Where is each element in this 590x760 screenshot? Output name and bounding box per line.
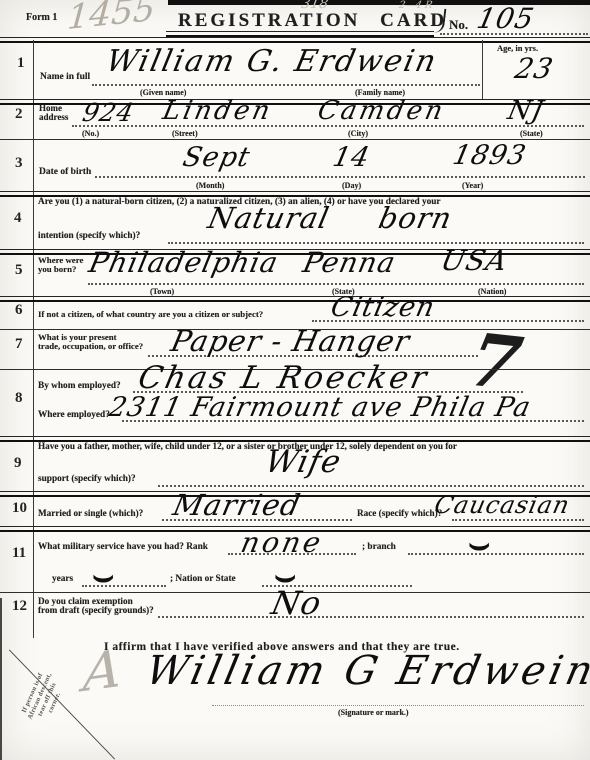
race-answer: Caucasian [432,491,573,519]
city-sublabel: (City) [348,129,368,138]
tear-corner-note: If person is of African descent, tear of… [12,653,75,743]
exemption-line [158,616,584,618]
dependent-question-line1: Have you a father, mother, wife, child u… [38,441,457,451]
row-number: 3 [15,155,23,172]
address-state: NJ [505,96,547,126]
not-citizen-answer: Citizen [328,292,438,323]
born-line [88,283,584,285]
not-citizen-label: If not a citizen, of what country are yo… [38,309,263,319]
branch-answer-flourish: ⌣ [468,524,490,564]
race-label: Race (specify which)? [357,508,442,518]
birth-line [95,176,585,178]
form-number-label: Form 1 [26,12,57,23]
exemption-label-2: from draft (specify grounds)? [38,605,154,615]
address-line [72,125,584,127]
military-nation-label: ; Nation or State [170,574,236,584]
citizen-question-line2: intention (specify which)? [38,231,140,241]
town-sublabel: (Town) [150,287,174,296]
nation-sublabel: (Nation) [478,287,506,296]
address-street: Linden [160,96,275,126]
citizen-answer: Natural born [205,201,455,235]
home-address-label-2: address [39,112,68,122]
row-number: 11 [12,545,26,562]
no-underline [440,33,588,35]
branch-line [408,553,584,555]
signature-line [212,705,584,706]
dependent-question-line2: support (specify which)? [38,474,136,484]
born-town: Philadelphia [86,246,282,279]
name-answer: William G. Erdwein [103,44,441,79]
workplace-label: Where employed? [38,410,110,420]
card-title: REGISTRATION CARD [178,10,447,32]
name-line [92,84,480,86]
day-sublabel: (Day) [342,181,361,190]
birth-day: 14 [330,142,373,173]
row-number: 6 [15,302,23,319]
military-rank-label: What military service have you had? Rank [38,542,208,552]
signature-pencil-mark: A [82,639,122,704]
name-label: Name in full [40,72,90,82]
military-years-label: years [52,574,73,584]
row-rule [0,296,590,302]
trade-label-2: trade, occupation, or office? [38,341,143,351]
row-number: 12 [12,598,27,615]
married-label: Married or single (which)? [38,508,143,518]
workplace-answer: 2311 Fairmount ave Phila Pa [106,392,534,423]
state-sublabel: (State) [520,129,543,138]
born-nation: USA [438,244,511,277]
signature-sublabel: (Signature or mark.) [338,708,409,717]
no-sublabel: (No.) [82,129,99,138]
row-number: 7 [15,336,23,353]
married-answer: Married [170,488,304,522]
address-no: 924 [80,98,137,127]
rank-answer: none [238,526,327,559]
pencil-serial-number: 1455 [66,0,156,38]
year-sublabel: (Year) [462,181,483,190]
born-label-2: you born? [38,264,76,274]
scan-edge-left [0,598,2,760]
employer-label: By whom employed? [38,381,121,391]
age-value: 23 [512,52,557,85]
age-column-line [482,40,483,99]
citizen-line [168,242,584,244]
exemption-answer: No [268,584,325,622]
years-answer-flourish: ⌣ [92,556,114,596]
card-no-value: 105 [474,2,537,35]
born-state: Penna [300,246,399,279]
dependent-line [158,485,584,487]
row-number: 4 [14,210,22,227]
address-city: Camden [315,96,448,126]
birth-date-label: Date of birth [39,167,91,177]
signature: William G Erdwein [142,648,590,694]
row-number: 9 [14,455,22,472]
month-sublabel: (Month) [196,181,224,190]
row-number: 10 [12,500,27,517]
military-branch-label: ; branch [362,542,396,552]
card-no-label: No. [449,17,468,33]
row-number: 1 [17,55,25,72]
row-number: 2 [15,106,23,123]
birth-month: Sept [180,142,253,173]
employer-answer: Chas L Roecker [135,360,433,396]
birth-year: 1893 [450,140,529,171]
registration-card: Form 1 1455 318 2—4 R REGISTRATION CARD … [0,0,590,760]
street-sublabel: (Street) [172,129,198,138]
trade-answer: Paper - Hanger [168,324,413,358]
number-column-line [33,40,34,638]
row-number: 5 [15,262,23,279]
row-number: 8 [15,390,23,407]
race-line [452,519,584,521]
dependent-answer: Wife [262,444,345,480]
